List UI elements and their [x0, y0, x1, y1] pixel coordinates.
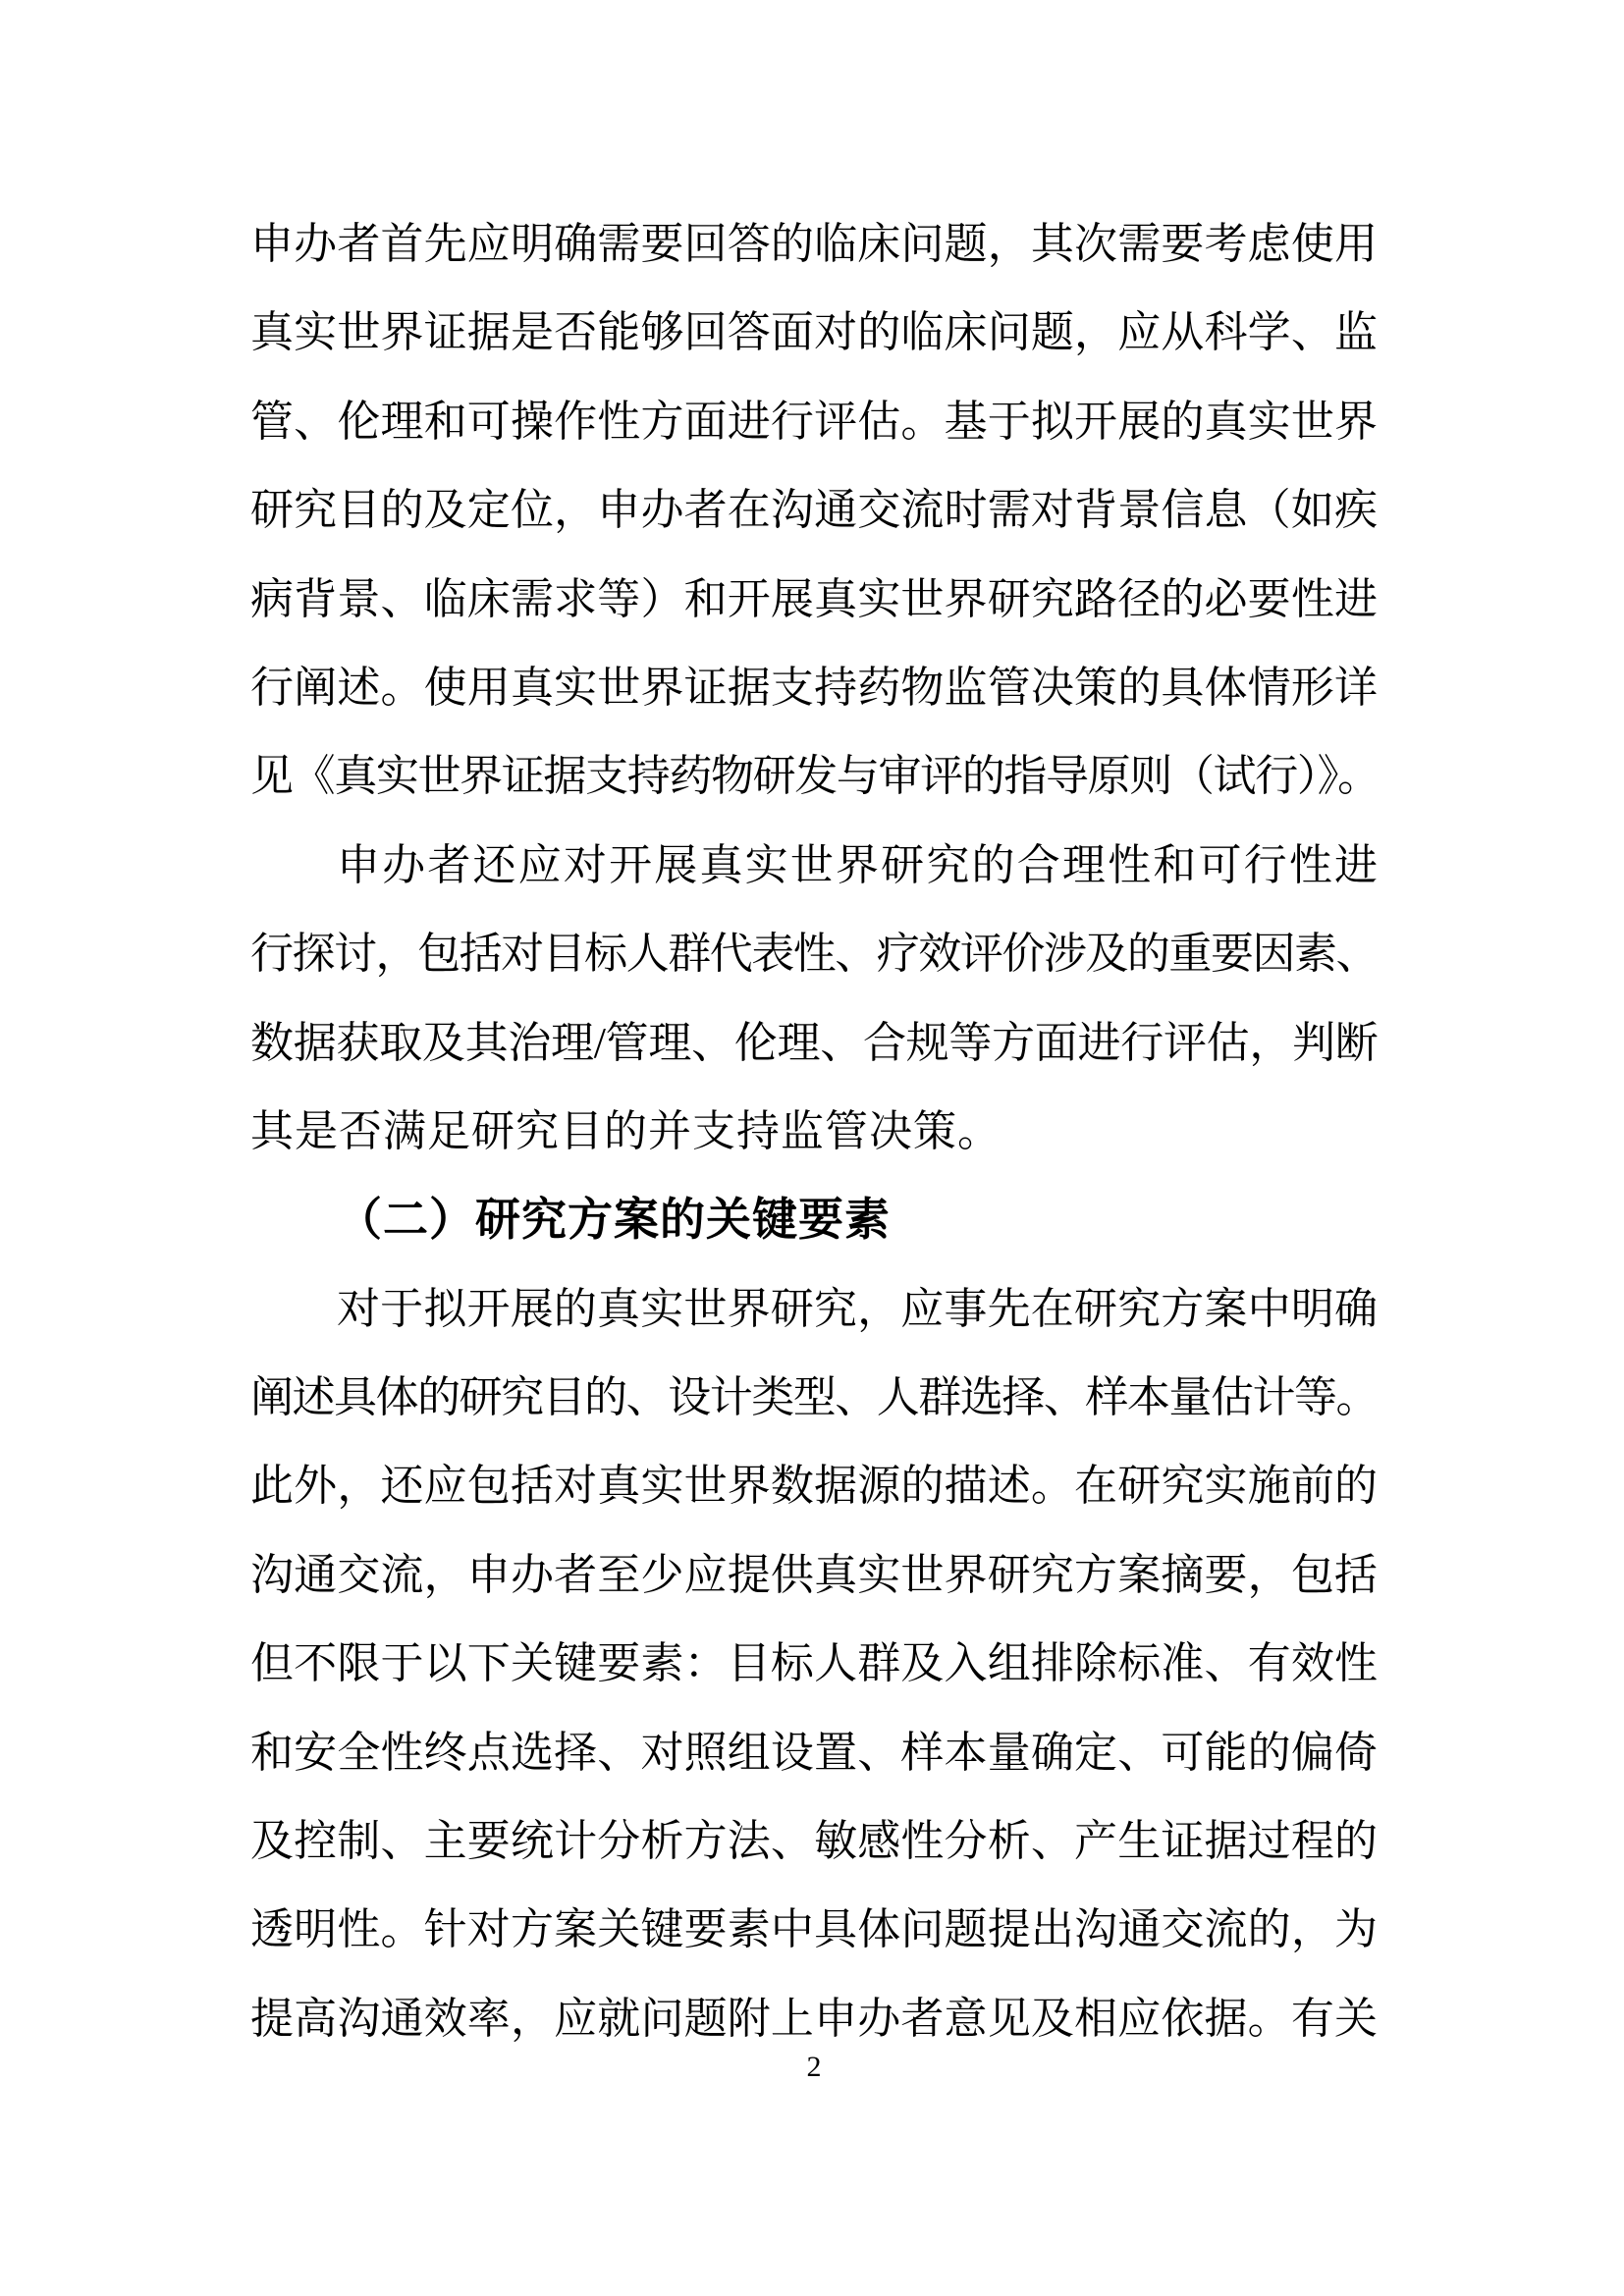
- body-line: 对于拟开展的真实世界研究，应事先在研究方案中明确: [250, 1265, 1378, 1354]
- body-line: 申办者首先应明确需要回答的临床问题，其次需要考虑使用: [250, 200, 1378, 289]
- body-line: 管、伦理和可操作性方面进行评估。基于拟开展的真实世界: [250, 378, 1378, 466]
- body-line: 研究目的及定位，申办者在沟通交流时需对背景信息（如疾: [250, 466, 1378, 555]
- body-line: 病背景、临床需求等）和开展真实世界研究路径的必要性进: [250, 556, 1378, 644]
- body-line: 申办者还应对开展真实世界研究的合理性和可行性进: [250, 822, 1378, 910]
- document-page: 申办者首先应明确需要回答的临床问题，其次需要考虑使用 真实世界证据是否能够回答面…: [0, 0, 1624, 2296]
- body-line: 透明性。针对方案关键要素中具体问题提出沟通交流的，为: [250, 1886, 1378, 1974]
- body-line: 其是否满足研究目的并支持监管决策。: [250, 1088, 1378, 1176]
- body-text: 申办者首先应明确需要回答的临床问题，其次需要考虑使用 真实世界证据是否能够回答面…: [250, 200, 1378, 2063]
- body-line: 沟通交流，申办者至少应提供真实世界研究方案摘要，包括: [250, 1531, 1378, 1620]
- body-line: 及控制、主要统计分析方法、敏感性分析、产生证据过程的: [250, 1797, 1378, 1886]
- body-line: 和安全性终点选择、对照组设置、样本量确定、可能的偏倚: [250, 1709, 1378, 1797]
- body-line: 真实世界证据是否能够回答面对的临床问题，应从科学、监: [250, 289, 1378, 377]
- section-heading: （二）研究方案的关键要素: [250, 1176, 1378, 1264]
- page-number: 2: [250, 2048, 1378, 2087]
- body-line: 行阐述。使用真实世界证据支持药物监管决策的具体情形详: [250, 644, 1378, 732]
- body-line: 行探讨，包括对目标人群代表性、疗效评价涉及的重要因素、: [250, 910, 1378, 998]
- body-line: 但不限于以下关键要素：目标人群及入组排除标准、有效性: [250, 1620, 1378, 1708]
- body-line: 数据获取及其治理/管理、伦理、合规等方面进行评估，判断: [250, 999, 1378, 1088]
- body-line: 此外，还应包括对真实世界数据源的描述。在研究实施前的: [250, 1442, 1378, 1530]
- body-line: 见《真实世界证据支持药物研发与审评的指导原则（试行）》。: [250, 732, 1378, 821]
- body-line: 阐述具体的研究目的、设计类型、人群选择、样本量估计等。: [250, 1354, 1378, 1442]
